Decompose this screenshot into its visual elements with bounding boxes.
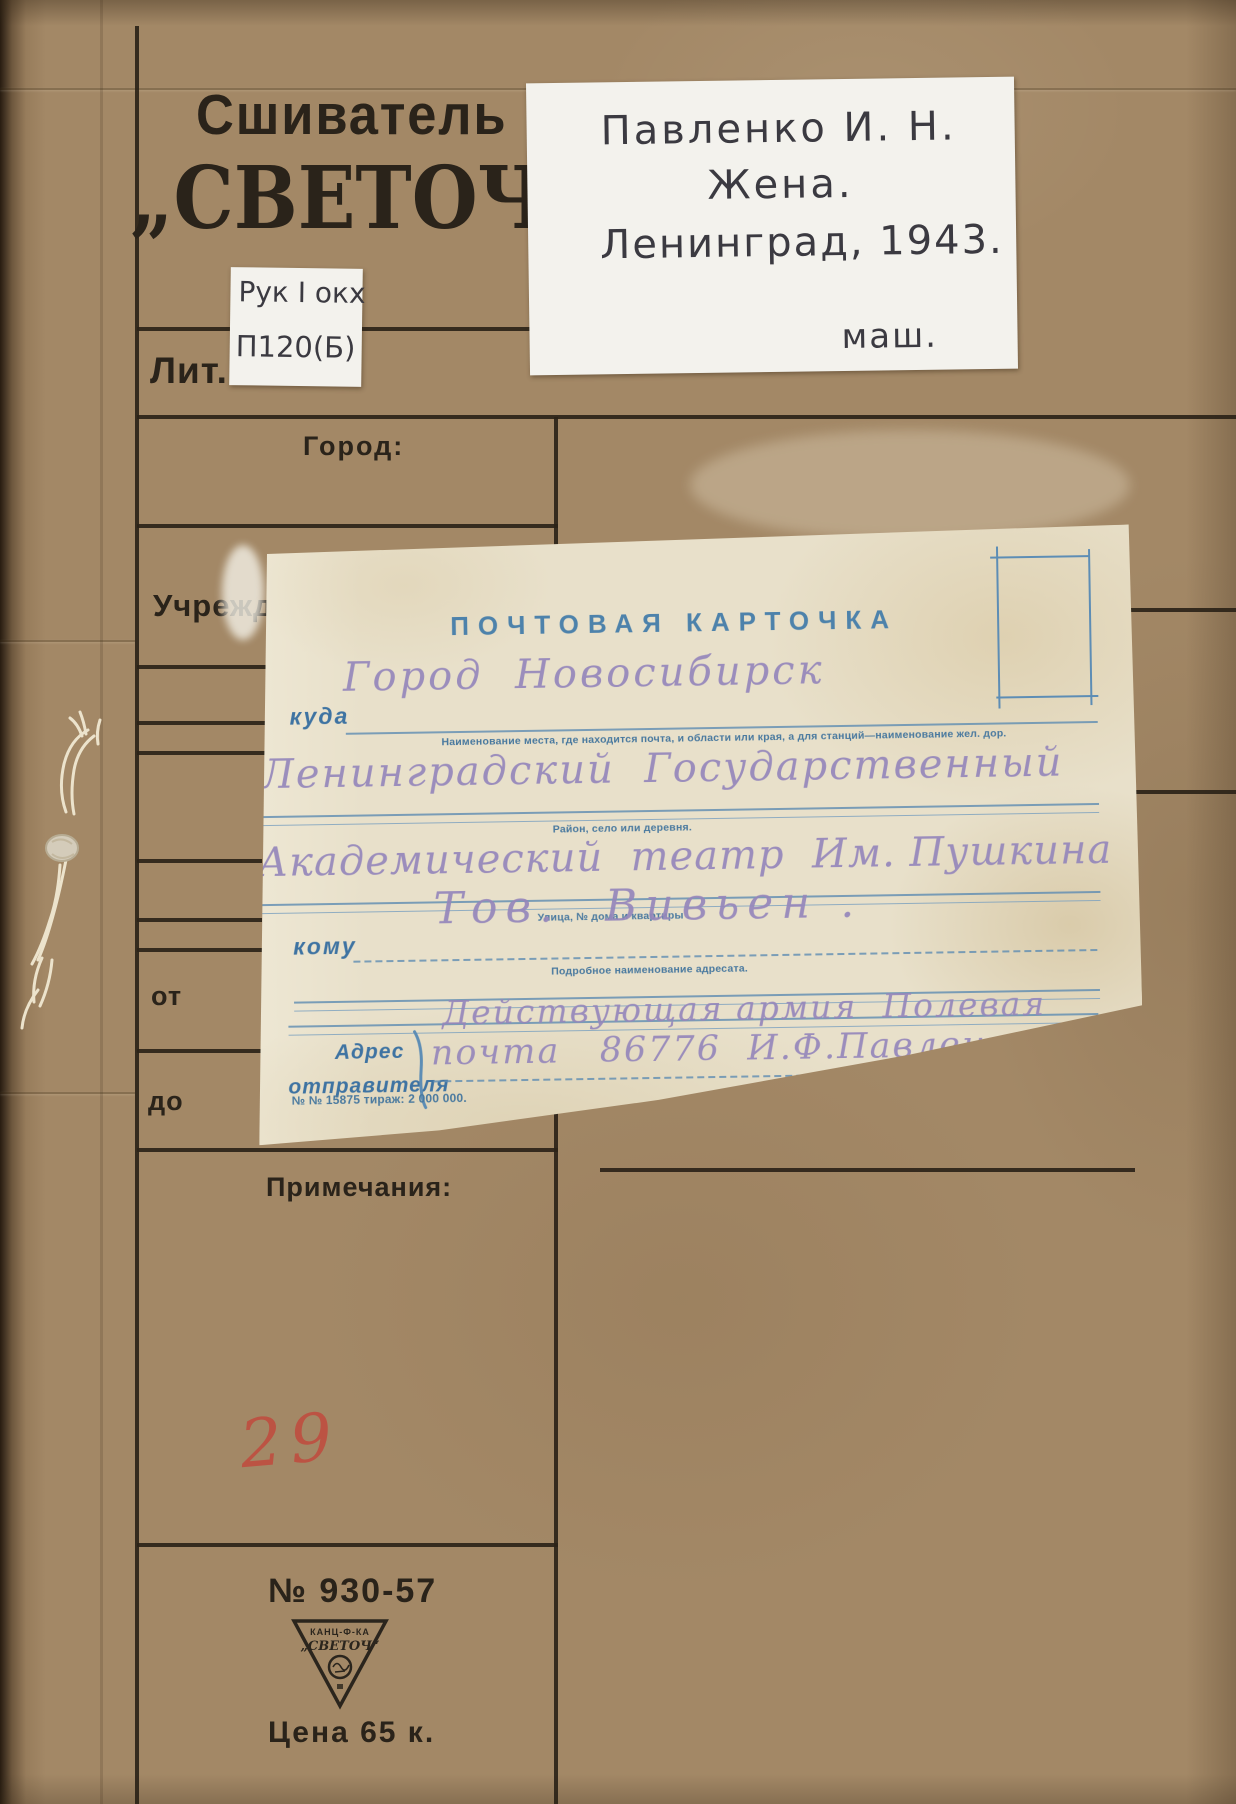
call-number-sticker: Рук I окх П120(Б)	[229, 267, 363, 387]
form-line	[1126, 608, 1236, 612]
logo-brand-text: „СВЕТОЧ“	[300, 1639, 379, 1654]
sender-label-line1: Адрес	[335, 1040, 405, 1065]
form-line	[137, 1543, 558, 1547]
form-line	[137, 859, 262, 863]
stamp-box-icon	[996, 555, 1092, 698]
red-archival-number: 29	[237, 1398, 343, 1483]
title-label: Павленко И. Н. Жена. Ленинград, 1943. ма…	[526, 77, 1018, 376]
label-gorod: Город:	[303, 431, 404, 462]
binding-string-icon	[8, 690, 128, 1190]
form-line	[137, 665, 268, 669]
form-line	[137, 524, 558, 528]
glue-mark	[690, 430, 1130, 540]
field-whom-label: кому	[293, 933, 357, 961]
form-line	[137, 1049, 262, 1053]
folder-brand-line1: Сшиватель	[196, 82, 507, 148]
form-line	[137, 948, 262, 952]
folder-price: Цена 65 к.	[268, 1716, 435, 1750]
form-line	[137, 918, 262, 922]
title-label-note: маш.	[841, 316, 938, 357]
form-line	[600, 1168, 1135, 1172]
rule	[433, 1074, 853, 1083]
form-line	[137, 1148, 558, 1152]
postcard-imprint: № № 15875 тираж: 2 000 000.	[291, 1091, 467, 1108]
rule	[353, 949, 1101, 963]
archive-folder-scan: Сшиватель „СВЕТОЧ“ Лит. Город: Учрежд. о…	[0, 0, 1236, 1804]
call-number-line2: П120(Б)	[235, 329, 355, 365]
title-label-name: Павленко И. Н.	[600, 103, 957, 154]
form-line	[137, 415, 1236, 419]
label-do: до	[148, 1086, 184, 1117]
title-label-place-year: Ленинград, 1943.	[600, 217, 1004, 269]
label-ot: от	[151, 981, 182, 1012]
form-frame-vertical-line	[135, 26, 139, 1804]
cardboard-crease	[0, 640, 135, 642]
hw-sender2: почта 86776 И.Ф.Павленко:	[431, 1024, 1047, 1074]
postcard: ПОЧТОВАЯ КАРТОЧКА куда Город Новосибирск…	[243, 524, 1145, 1152]
folder-brand-line2: „СВЕТОЧ“	[130, 148, 590, 249]
white-paint-smudge	[222, 545, 264, 640]
label-lit: Лит.	[150, 350, 228, 392]
logo-maker-text: КАНЦ-Ф-КА	[310, 1627, 370, 1637]
svetoch-logo-triangle-icon: КАНЦ-Ф-КА „СВЕТОЧ“	[288, 1612, 392, 1712]
form-line	[137, 721, 268, 725]
title-label-relation: Жена.	[707, 161, 854, 209]
form-line	[137, 751, 268, 755]
hw-city: Город Новосибирск	[343, 647, 825, 701]
folder-model-number: № 930-57	[268, 1572, 437, 1611]
form-line	[1126, 790, 1236, 794]
call-number-line1: Рук I окх	[238, 275, 365, 310]
label-primechaniya: Примечания:	[266, 1172, 452, 1203]
caption-addressee: Подробное наименование адресата.	[325, 959, 975, 981]
hw-addressee: Тов. Вивьен .	[433, 877, 862, 935]
postcard-title: ПОЧТОВАЯ КАРТОЧКА	[439, 604, 909, 642]
field-to-label: куда	[289, 703, 349, 731]
